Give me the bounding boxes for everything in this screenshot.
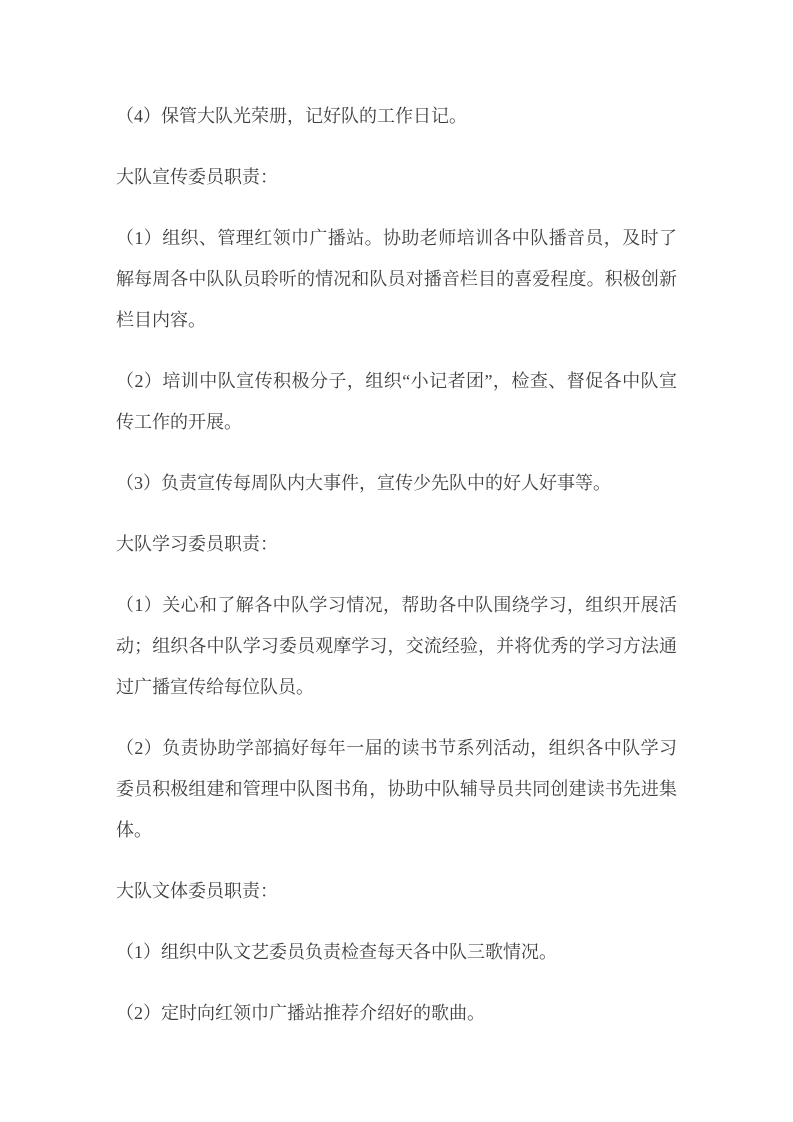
- text-paragraph: （2）负责协助学部搞好每年一届的读书节系列活动，组织各中队学习 委员积极组建和管…: [116, 728, 677, 851]
- text-paragraph: （3）负责宣传每周队内大事件，宣传少先队中的好人好事等。: [116, 463, 677, 504]
- text-line: （2）定时向红领巾广播站推荐介绍好的歌曲。: [116, 993, 677, 1034]
- text-line: （4）保管大队光荣册，记好队的工作日记。: [116, 96, 677, 137]
- text-line: 委员积极组建和管理中队图书角，协助中队辅导员共同创建读书先进集: [116, 769, 677, 810]
- text-line: （1）组织、管理红领巾广播站。协助老师培训各中队播音员，及时了: [116, 218, 677, 259]
- text-line: （1）组织中队文艺委员负责检查每天各中队三歌情况。: [116, 932, 677, 973]
- document-page: （4）保管大队光荣册，记好队的工作日记。 大队宣传委员职责： （1）组织、管理红…: [0, 0, 793, 1122]
- text-paragraph: （1）组织中队文艺委员负责检查每天各中队三歌情况。: [116, 932, 677, 973]
- text-line: 过广播宣传给每位队员。: [116, 667, 677, 708]
- section-heading: 大队文体委员职责：: [116, 871, 677, 912]
- text-paragraph: （2）定时向红领巾广播站推荐介绍好的歌曲。: [116, 993, 677, 1034]
- heading-line: 大队文体委员职责：: [116, 871, 677, 912]
- section-heading: 大队宣传委员职责：: [116, 157, 677, 198]
- heading-line: 大队宣传委员职责：: [116, 157, 677, 198]
- text-line: （3）负责宣传每周队内大事件，宣传少先队中的好人好事等。: [116, 463, 677, 504]
- text-line: 体。: [116, 810, 677, 851]
- text-line: 栏目内容。: [116, 300, 677, 341]
- heading-line: 大队学习委员职责：: [116, 524, 677, 565]
- text-paragraph: （2）培训中队宣传积极分子，组织“小记者团”，检查、督促各中队宣 传工作的开展。: [116, 361, 677, 443]
- section-heading: 大队学习委员职责：: [116, 524, 677, 565]
- text-line: 传工作的开展。: [116, 402, 677, 443]
- text-paragraph: （1）组织、管理红领巾广播站。协助老师培训各中队播音员，及时了 解每周各中队队员…: [116, 218, 677, 341]
- text-line: （1）关心和了解各中队学习情况，帮助各中队围绕学习，组织开展活: [116, 585, 677, 626]
- text-line: （2）负责协助学部搞好每年一届的读书节系列活动，组织各中队学习: [116, 728, 677, 769]
- text-line: 动；组织各中队学习委员观摩学习，交流经验，并将优秀的学习方法通: [116, 626, 677, 667]
- text-line: （2）培训中队宣传积极分子，组织“小记者团”，检查、督促各中队宣: [116, 361, 677, 402]
- text-paragraph: （1）关心和了解各中队学习情况，帮助各中队围绕学习，组织开展活 动；组织各中队学…: [116, 585, 677, 708]
- text-paragraph: （4）保管大队光荣册，记好队的工作日记。: [116, 96, 677, 137]
- text-line: 解每周各中队队员聆听的情况和队员对播音栏目的喜爱程度。积极创新: [116, 259, 677, 300]
